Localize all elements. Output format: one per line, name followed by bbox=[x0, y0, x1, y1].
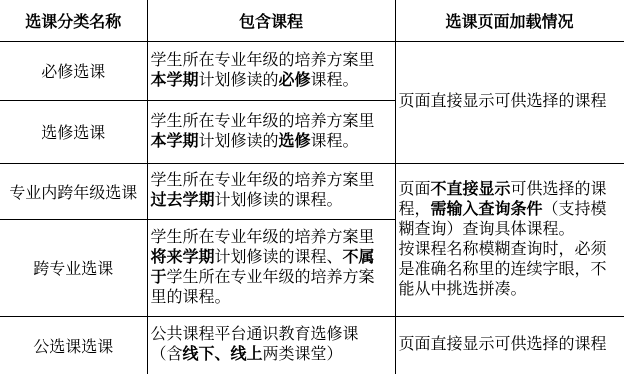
loading-text: 页面直接显示可供选择的课程 bbox=[399, 335, 620, 355]
cell-courses-cross-major: 学生所在专业年级的培养方案里将来学期计划修读的课程、不属于学生所在专业年级的培养… bbox=[147, 219, 395, 316]
cell-category-cross-grade: 专业内跨年级选课 bbox=[0, 163, 147, 219]
course-selection-table: 选课分类名称 包含课程 选课页面加载情况 必修选课 学生所在专业年级的培养方案里… bbox=[0, 0, 624, 374]
cell-loading-direct-2: 页面直接显示可供选择的课程 bbox=[395, 316, 624, 374]
cell-loading-query: 页面不直接显示可供选择的课程，需输入查询条件（支持模糊查询）查询具体课程。 按课… bbox=[395, 163, 624, 316]
table-row-public-elective: 公选课选课 公共课程平台通识教育选修课（含线下、线上两类课堂） 页面直接显示可供… bbox=[0, 316, 624, 374]
loading-text-query-1: 页面不直接显示可供选择的课程，需输入查询条件（支持模糊查询）查询具体课程。 bbox=[399, 180, 620, 240]
header-row: 选课分类名称 包含课程 选课页面加载情况 bbox=[0, 0, 624, 41]
header-page-loading: 选课页面加载情况 bbox=[395, 0, 624, 41]
loading-text-query-2: 按课程名称模糊查询时，必须是准确名称里的连续字眼，不能从中挑选拼凑。 bbox=[399, 240, 620, 300]
cell-courses-public-elective: 公共课程平台通识教育选修课（含线下、线上两类课堂） bbox=[147, 316, 395, 374]
cell-courses-elective: 学生所在专业年级的培养方案里本学期计划修读的选修课程。 bbox=[147, 100, 395, 163]
cell-category-cross-major: 跨专业选课 bbox=[0, 219, 147, 316]
cell-courses-cross-grade: 学生所在专业年级的培养方案里过去学期计划修读的课程。 bbox=[147, 163, 395, 219]
cell-category-required: 必修选课 bbox=[0, 41, 147, 100]
table-row-cross-grade: 专业内跨年级选课 学生所在专业年级的培养方案里过去学期计划修读的课程。 页面不直… bbox=[0, 163, 624, 219]
header-category: 选课分类名称 bbox=[0, 0, 147, 41]
header-included-courses: 包含课程 bbox=[147, 0, 395, 41]
cell-courses-required: 学生所在专业年级的培养方案里本学期计划修读的必修课程。 bbox=[147, 41, 395, 100]
cell-category-elective: 选修选课 bbox=[0, 100, 147, 163]
cell-category-public-elective: 公选课选课 bbox=[0, 316, 147, 374]
loading-text: 页面直接显示可供选择的课程 bbox=[399, 92, 620, 112]
cell-loading-direct-1: 页面直接显示可供选择的课程 bbox=[395, 41, 624, 163]
table-row-required: 必修选课 学生所在专业年级的培养方案里本学期计划修读的必修课程。 页面直接显示可… bbox=[0, 41, 624, 100]
